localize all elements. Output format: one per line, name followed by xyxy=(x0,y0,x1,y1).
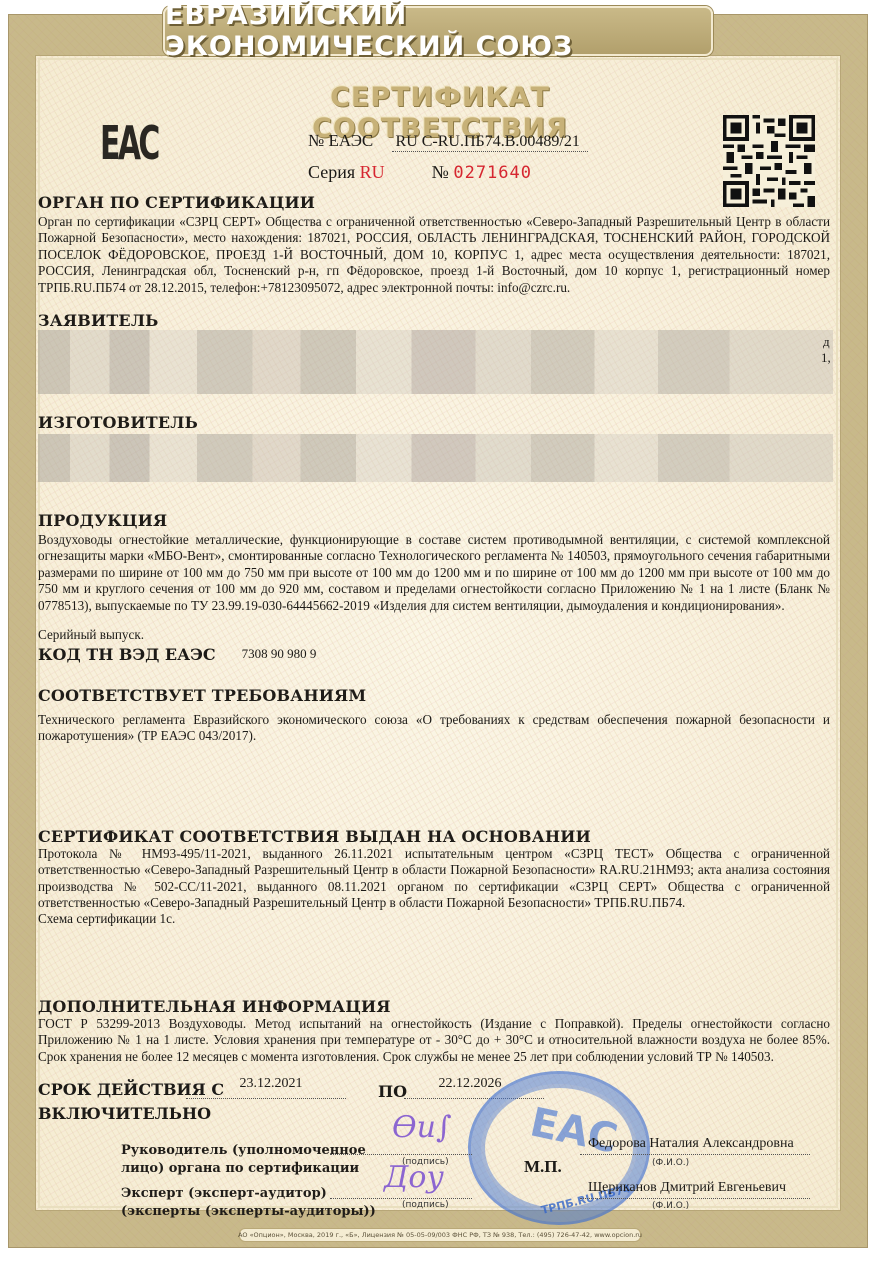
certification-body-text: Орган по сертификации «СЗРЦ СЕРТ» Общест… xyxy=(38,214,830,296)
tn-ved-label: КОД ТН ВЭД ЕАЭС xyxy=(38,645,216,664)
expert-name: Щериканов Дмитрий Евгеньевич xyxy=(588,1180,786,1196)
validity-to-label: ПО xyxy=(378,1082,407,1101)
additional-info-title: ДОПОЛНИТЕЛЬНАЯ ИНФОРМАЦИЯ xyxy=(38,997,391,1016)
eaes-number-label: № ЕАЭС xyxy=(308,131,373,150)
head-signature: Ѳи∫ xyxy=(392,1110,452,1145)
certification-body-title: ОРГАН ПО СЕРТИФИКАЦИИ xyxy=(38,193,315,212)
eac-logo-icon: ЕАС xyxy=(100,116,158,170)
head-label-line1: Руководитель (уполномоченное xyxy=(121,1142,366,1160)
series-row: Серия RU № 0271640 xyxy=(308,162,532,183)
expert-name-caption: (Ф.И.О.) xyxy=(652,1201,689,1211)
blank-number-label: № xyxy=(432,162,449,182)
head-signature-label: Руководитель (уполномоченное лицо) орган… xyxy=(121,1142,366,1178)
eaes-number-value: RU C-RU.ПБ74.В.00489/21 xyxy=(392,133,588,152)
from-date-line xyxy=(186,1098,346,1099)
applicant-fragment-2: 1, xyxy=(821,350,831,366)
basis-title: СЕРТИФИКАТ СООТВЕТСТВИЯ ВЫДАН НА ОСНОВАН… xyxy=(38,827,591,846)
expert-signature-line xyxy=(330,1198,472,1199)
applicant-redacted-text xyxy=(38,330,833,394)
printer-info: АО «Опцион», Москва, 2019 г., «Б», Лицен… xyxy=(239,1228,641,1242)
requirements-title: СООТВЕТСТВУЕТ ТРЕБОВАНИЯМ xyxy=(38,686,366,705)
applicant-fragment-1: д xyxy=(823,334,830,350)
expert-signature-caption: (подпись) xyxy=(402,1200,449,1210)
product-text: Воздуховоды огнестойкие металлические, ф… xyxy=(38,532,830,614)
series-value: RU xyxy=(360,162,385,182)
validity-from-date: 23.12.2021 xyxy=(200,1076,342,1092)
additional-info-text: ГОСТ Р 53299-2013 Воздуховоды. Метод исп… xyxy=(38,1016,830,1065)
manufacturer-redacted-text xyxy=(38,434,833,482)
expert-label-line1: Эксперт (эксперт-аудитор) xyxy=(121,1185,376,1203)
head-name-line xyxy=(580,1154,810,1155)
expert-signature: Доу xyxy=(384,1160,444,1195)
requirements-text: Технического регламента Евразийского эко… xyxy=(38,712,830,745)
expert-label-line2: (эксперты (эксперты-аудиторы)) xyxy=(121,1203,376,1221)
certification-scheme: Схема сертификации 1с. xyxy=(38,911,830,927)
basis-text: Протокола № НМ93-495/11-2021, выданного … xyxy=(38,846,830,912)
validity-inclusive-label: ВКЛЮЧИТЕЛЬНО xyxy=(38,1104,211,1123)
seal-place-label: М.П. xyxy=(524,1157,562,1177)
expert-name-line xyxy=(580,1198,810,1199)
manufacturer-title: ИЗГОТОВИТЕЛЬ xyxy=(38,413,198,432)
expert-signature-label: Эксперт (эксперт-аудитор) (эксперты (экс… xyxy=(121,1185,376,1221)
blank-number-value: 0271640 xyxy=(453,163,532,183)
eaes-number-row: № ЕАЭС RU C-RU.ПБ74.В.00489/21 xyxy=(308,131,588,152)
tn-ved-row: КОД ТН ВЭД ЕАЭС 7308 90 980 9 xyxy=(38,645,316,665)
head-name-caption: (Ф.И.О.) xyxy=(652,1158,689,1168)
applicant-title: ЗАЯВИТЕЛЬ xyxy=(38,311,159,330)
head-name: Федорова Наталия Александровна xyxy=(588,1136,794,1152)
tn-ved-value: 7308 90 980 9 xyxy=(242,646,317,661)
product-title: ПРОДУКЦИЯ xyxy=(38,511,167,530)
union-title-banner: ЕВРАЗИЙСКИЙ ЭКОНОМИЧЕСКИЙ СОЮЗ xyxy=(163,6,713,56)
head-signature-line xyxy=(330,1154,472,1155)
series-label: Серия xyxy=(308,162,355,182)
head-label-line2: лицо) органа по сертификации xyxy=(121,1160,366,1178)
validity-from-label: СРОК ДЕЙСТВИЯ С xyxy=(38,1080,224,1099)
qr-code-icon xyxy=(723,115,815,207)
production-type: Серийный выпуск. xyxy=(38,627,830,643)
